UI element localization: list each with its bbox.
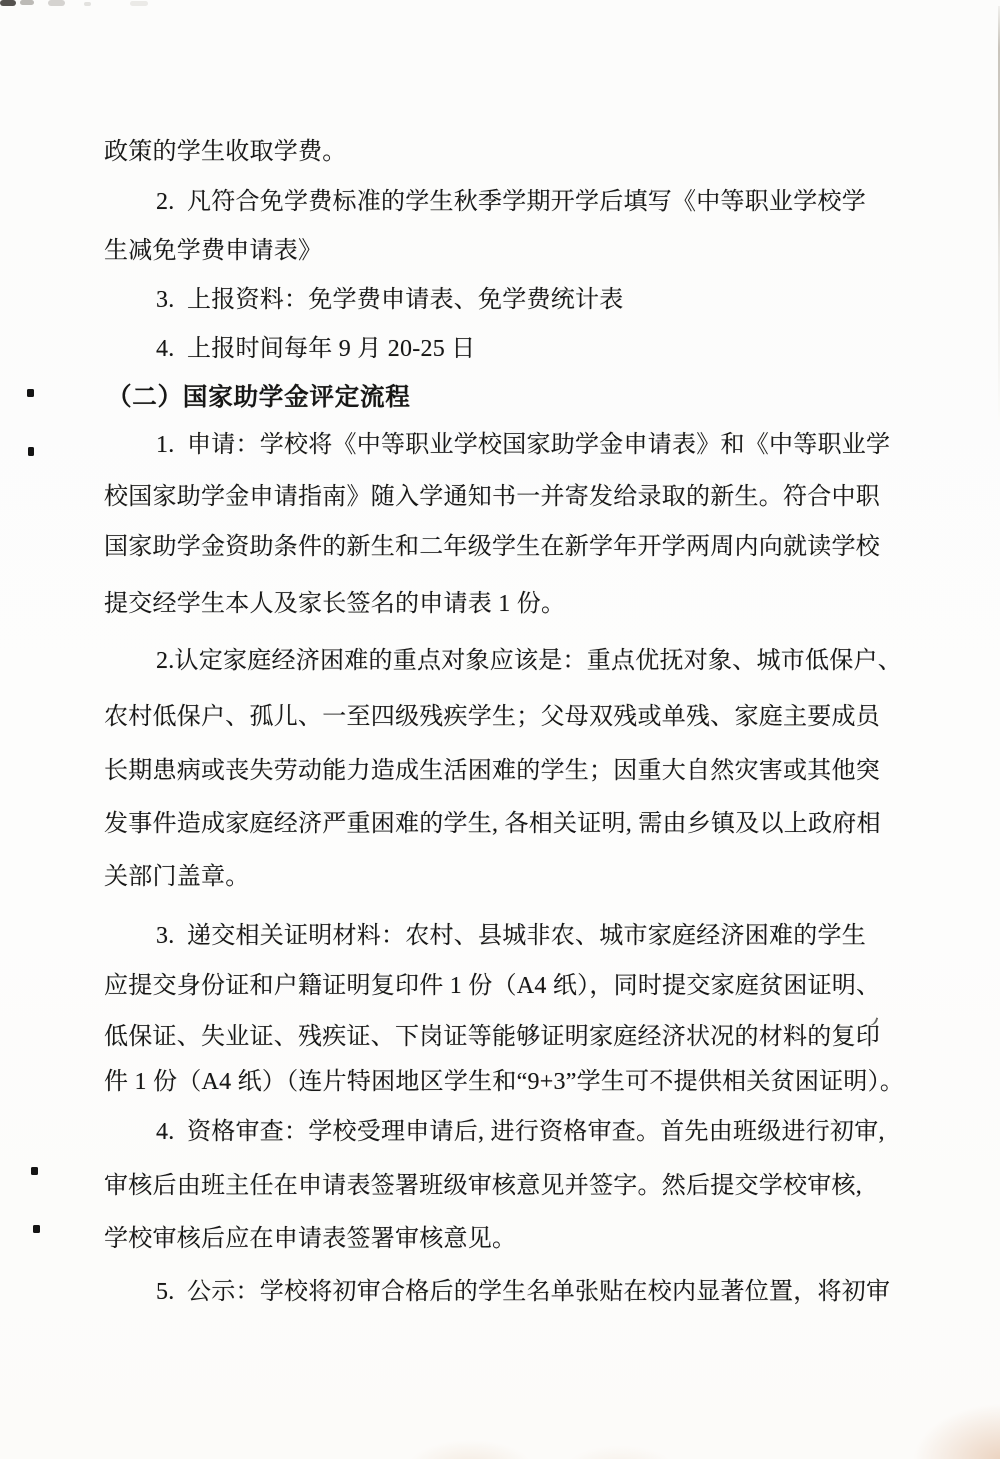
- text-line-13: 长期患病或丧失劳动能力造成生活困难的学生；因重大自然灾害或其他突: [104, 757, 880, 786]
- text-line-1: 政策的学生收取学费。: [104, 138, 347, 167]
- text-line-10: 提交经学生本人及家长签名的申请表 1 份。: [104, 590, 565, 619]
- scan-smudge: [130, 1, 148, 6]
- section-heading: （二）国家助学金评定流程: [107, 383, 411, 412]
- text-line-5: 4. 上报时间每年 9 月 20-25 日: [156, 335, 476, 364]
- scan-smudge: [48, 0, 65, 6]
- text-line-4: 3. 上报资料：免学费申请表、免学费统计表: [156, 286, 624, 315]
- text-line-2: 2. 凡符合免学费标准的学生秋季学期开学后填写《中等职业学校学: [156, 188, 866, 217]
- text-line-15: 关部门盖章。: [104, 863, 250, 892]
- scanned-document-page: 政策的学生收取学费。 2. 凡符合免学费标准的学生秋季学期开学后填写《中等职业学…: [0, 0, 1000, 1459]
- text-line-21: 审核后由班主任在申请表签署班级审核意见并签字。然后提交学校审核,: [104, 1172, 862, 1201]
- text-line-16: 3. 递交相关证明材料：农村、县城非农、城市家庭经济困难的学生: [156, 922, 866, 951]
- text-line-11: 2.认定家庭经济困难的重点对象应该是：重点优抚对象、城市低保户、: [156, 647, 902, 676]
- text-line-23: 5. 公示：学校将初审合格后的学生名单张贴在校内显著位置，将初审: [156, 1278, 890, 1307]
- text-line-3: 生减免学费申请表》: [104, 237, 322, 266]
- text-line-9: 国家助学金资助条件的新生和二年级学生在新学年开学两周内向就读学校: [104, 533, 880, 562]
- text-line-17: 应提交身份证和户籍证明复印件 1 份（A4 纸），同时提交家庭贫困证明、: [104, 972, 880, 1001]
- scan-smudge: [20, 0, 34, 5]
- scan-dot: [27, 389, 34, 397]
- scan-smudge: [0, 0, 16, 6]
- scan-dot: [33, 1225, 40, 1233]
- text-line-18: 低保证、失业证、残疾证、下岗证等能够证明家庭经济状况的材料的复印: [104, 1023, 880, 1052]
- scan-smudge: [84, 2, 91, 6]
- text-line-8: 校国家助学金申请指南》随入学通知书一并寄发给录取的新生。符合中职: [104, 483, 880, 512]
- scan-dot: [31, 1167, 38, 1175]
- text-line-20: 4. 资格审查：学校受理申请后, 进行资格审查。首先由班级进行初审,: [156, 1118, 885, 1147]
- text-line-19: 件 1 份（A4 纸）（连片特困地区学生和“9+3”学生可不提供相关贫困证明）。: [104, 1068, 904, 1097]
- scan-dot: [28, 447, 34, 456]
- text-line-14: 发事件造成家庭经济严重困难的学生, 各相关证明, 需由乡镇及以上政府相: [104, 810, 881, 839]
- text-line-7: 1. 申请：学校将《中等职业学校国家助学金申请表》和《中等职业学: [156, 431, 890, 460]
- text-line-12: 农村低保户、孤儿、一至四级残疾学生；父母双残或单残、家庭主要成员: [104, 703, 880, 732]
- text-line-22: 学校审核后应在申请表签署审核意见。: [104, 1225, 516, 1254]
